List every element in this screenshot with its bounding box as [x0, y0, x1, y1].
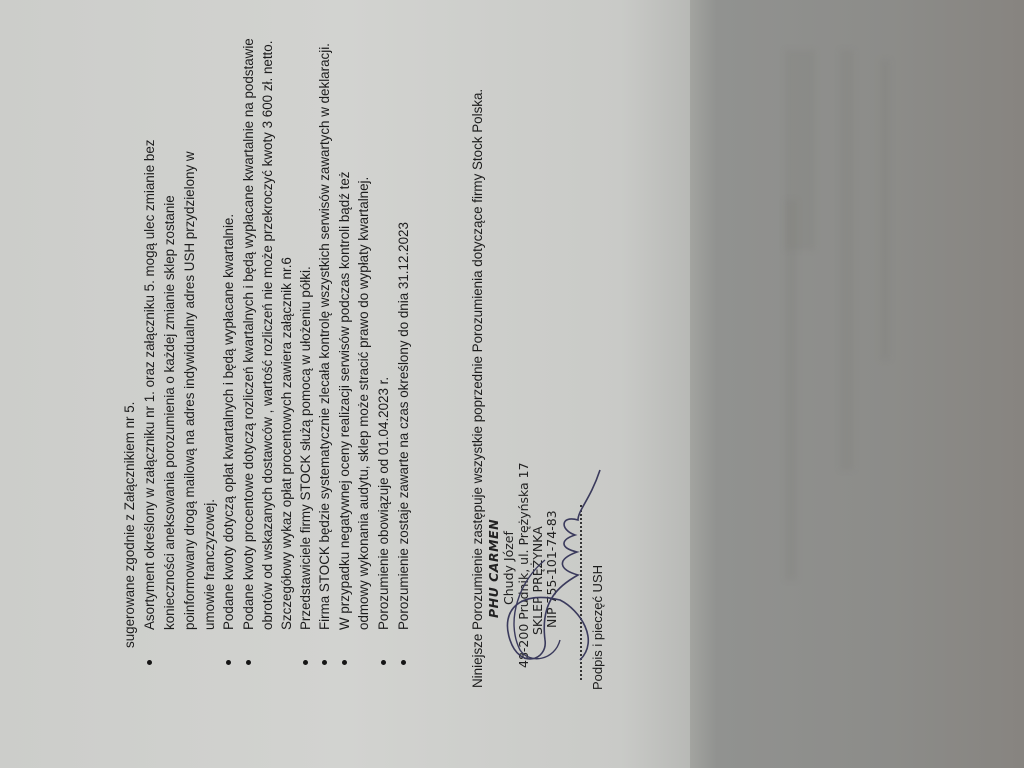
stamp-nip: NIP 755-101-74-83: [545, 510, 559, 628]
document-line: umowie franczyzowej.: [202, 499, 218, 630]
document-line: sugerowane zgodnie z Załącznikiem nr 5.: [122, 402, 138, 648]
stamp-company: PHU CARMEN: [487, 519, 501, 618]
document-line: konieczności aneksowania porozumienia o …: [162, 195, 178, 630]
document-line: Firma STOCK będzie systematycznie zlecał…: [317, 43, 333, 630]
document-line: Podane kwoty procentowe dotyczą rozlicze…: [241, 38, 257, 630]
stamp-address: 48-200 Prudnik, ul. Prężyńska 17: [517, 462, 531, 668]
document-line: obrotów od wskazanych dostawców , wartoś…: [260, 41, 276, 630]
bullet-point: [303, 660, 308, 665]
bullet-point: [342, 660, 347, 665]
document-line: Porozumienie zostaje zawarte na czas okr…: [396, 222, 412, 630]
stamp-shop: SKLEP PRĘŻYNKA: [531, 526, 545, 635]
document-line: poinformowany drogą mailową na adres ind…: [182, 151, 198, 630]
bullet-point: [322, 660, 327, 665]
bullet-point: [226, 660, 231, 665]
stamp-owner: Chudy Józef: [502, 531, 516, 605]
bullet-point: [381, 660, 386, 665]
document-line: odmowy wykonania audytu, sklep może stra…: [356, 177, 372, 630]
document-line: Asortyment określony w załączniku nr 1. …: [142, 140, 158, 630]
closing-statement: Niniejsze Porozumienie zastępuje wszystk…: [470, 89, 486, 688]
document-line: Porozumienie obowiązuje od 01.04.2023 r.: [376, 377, 392, 630]
signature-label: Podpis i pieczęć USH: [590, 565, 606, 690]
document-line: Podane kwoty dotyczą opłat kwartalnych i…: [221, 214, 237, 630]
bullet-point: [401, 660, 406, 665]
bullet-point: [147, 660, 152, 665]
shadowed-next-page: [690, 0, 1024, 768]
bullet-point: [246, 660, 251, 665]
document-line: W przypadku negatywnej oceny realizacji …: [337, 172, 353, 630]
document-line: Szczegółowy wykaz opłat procentowych zaw…: [279, 257, 295, 630]
signature-line: [580, 505, 582, 680]
document-line: Przedstawiciele firmy STOCK służą pomocą…: [298, 266, 314, 630]
